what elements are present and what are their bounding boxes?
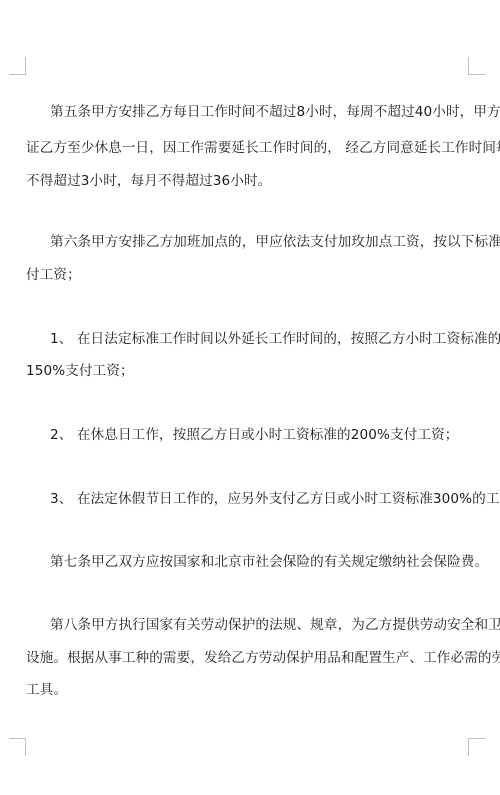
text-line: 1、 在日法定标准工作时间以外延长工作时间的，按照乙方小时工资标准的 (50, 329, 495, 349)
top-left-margin-mark-icon (9, 57, 26, 75)
bottom-right-margin-mark-icon (468, 738, 485, 756)
text-line: 设施。根据从事工种的需要，发给乙方劳动保护用品和配置生产、工作必需的劳动 (26, 648, 471, 668)
text-line: 150%支付工资； (26, 361, 471, 381)
text-line: 不得超过3小时，每月不得超过36小时。 (26, 171, 471, 191)
text-line: 证乙方至少休息一日，因工作需要延长工作时间的， 经乙方同意延长工作时间每日 (26, 138, 471, 158)
bottom-left-margin-mark-icon (9, 738, 26, 756)
text-line: 2、 在休息日工作，按照乙方日或小时工资标准的200%支付工资； (50, 425, 495, 445)
text-line: 3、 在法定休假节日工作的，应另外支付乙方日或小时工资标准300%的工资。 (50, 489, 495, 509)
text-line: 第七条甲乙双方应按国家和北京市社会保险的有关规定缴纳社会保险费。 (50, 552, 495, 572)
text-line: 付工资； (26, 265, 471, 285)
text-line: 第五条甲方安排乙方每日工作时间不超过8小时，每周不超过40小时，甲方保 (50, 102, 495, 122)
document-page: 第五条甲方安排乙方每日工作时间不超过8小时，每周不超过40小时，甲方保 证乙方至… (0, 0, 500, 795)
text-line: 工具。 (26, 680, 471, 700)
top-right-margin-mark-icon (468, 57, 485, 75)
text-line: 第六条甲方安排乙方加班加点的，甲应依法支付加玫加点工资，按以下标准支 (50, 232, 495, 252)
text-line: 第八条甲方执行国家有关劳动保护的法规、规章，为乙方提供劳动安全和卫生 (50, 615, 495, 635)
